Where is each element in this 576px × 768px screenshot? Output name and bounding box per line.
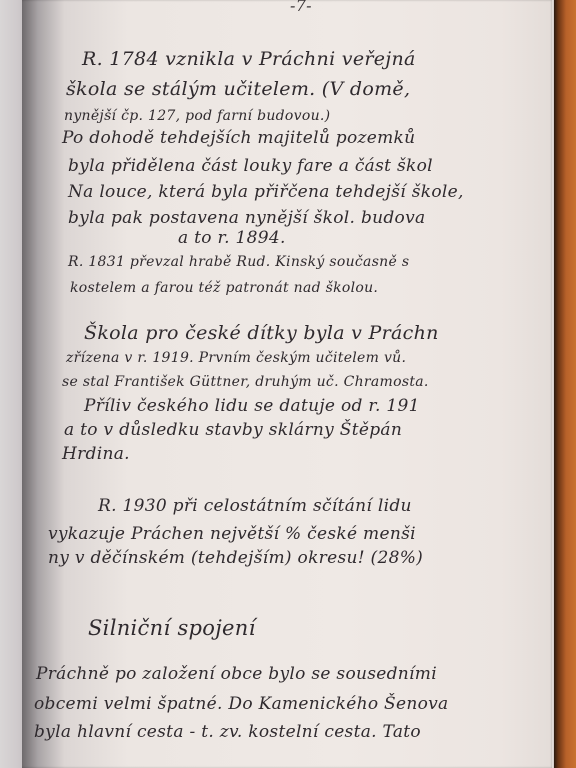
handwritten-line: byla přidělena část louky fare a část šk…	[68, 156, 433, 176]
handwritten-line: Práchně po založení obce bylo se sousedn…	[36, 664, 437, 684]
handwritten-line: kostelem a farou též patronát nad školou…	[70, 280, 378, 296]
handwritten-line: byla pak postavena nynější škol. budova	[68, 208, 425, 228]
handwritten-line: vykazuje Práchen největší % české menši	[48, 524, 416, 544]
handwritten-line: R. 1784 vznikla v Práchni veřejná	[82, 48, 416, 70]
page-number: -7-	[290, 0, 312, 15]
handwritten-line: nynější čp. 127, pod farní budovou.)	[64, 108, 330, 124]
handwritten-line: Na louce, která byla přiřčena tehdejší š…	[68, 182, 464, 202]
handwritten-line: R. 1831 převzal hrabě Rud. Kinský součas…	[68, 254, 409, 270]
handwritten-line: Po dohodě tehdejších majitelů pozemků	[62, 128, 415, 148]
handwritten-line: Příliv českého lidu se datuje od r. 191	[84, 396, 420, 416]
handwritten-line: R. 1930 při celostátním sčítání lidu	[98, 496, 412, 516]
handwritten-line: Hrdina.	[62, 444, 130, 464]
handwritten-line: ny v děčínském (tehdejším) okresu! (28%)	[48, 548, 423, 568]
handwritten-line: škola se stálým učitelem. (V domě,	[66, 78, 410, 100]
handwritten-line: a to v důsledku stavby sklárny Štěpán	[64, 420, 402, 440]
handwritten-line: zřízena v r. 1919. Prvním českým učitele…	[66, 350, 406, 366]
handwritten-line: se stal František Güttner, druhým uč. Ch…	[62, 374, 429, 390]
handwritten-line: obcemi velmi špatné. Do Kamenického Šeno…	[34, 694, 448, 714]
handwritten-line: a to r. 1894.	[178, 228, 286, 248]
wooden-table-background	[554, 0, 576, 768]
handwritten-line: Škola pro české dítky byla v Práchn	[84, 322, 439, 344]
section-heading: Silniční spojení	[88, 616, 256, 640]
handwritten-line: byla hlavní cesta - t. zv. kostelní cest…	[34, 722, 421, 742]
